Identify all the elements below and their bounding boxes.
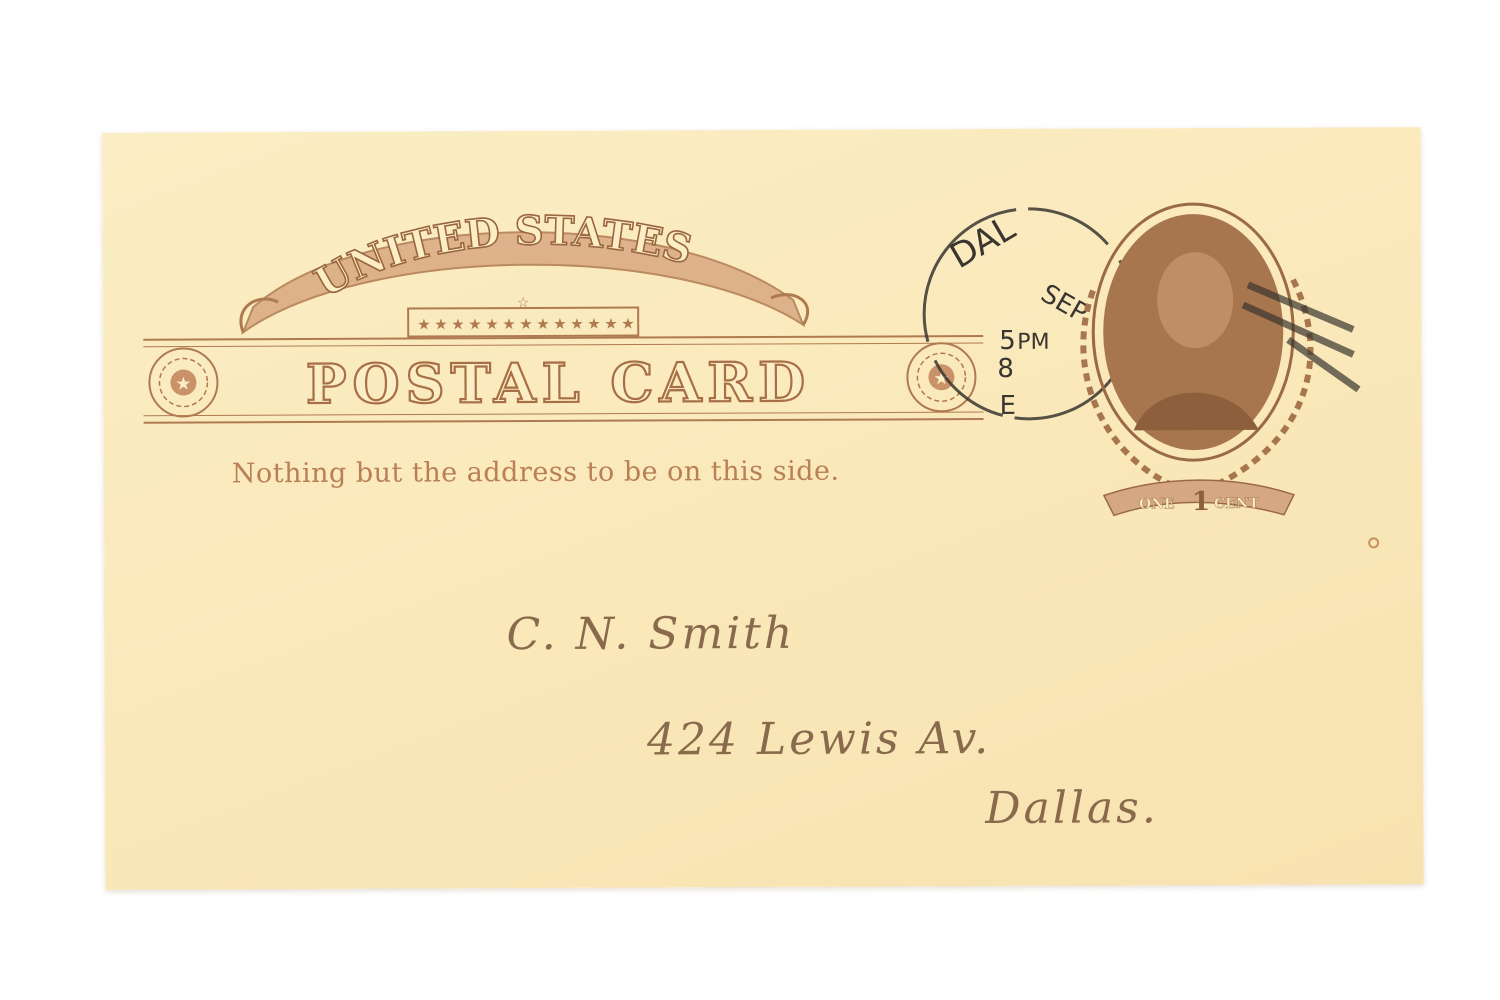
postal-card-header-engraving: UNITED STATES ★★★★★★★★★★★★★ ☆ ★ ★ POSTAL… xyxy=(102,129,1003,453)
address-recipient-name: C. N. Smith xyxy=(506,608,795,660)
svg-text:★: ★ xyxy=(553,315,567,333)
svg-text:★: ★ xyxy=(468,315,482,333)
left-rosette-star-icon: ★ xyxy=(149,348,217,416)
svg-text:★: ★ xyxy=(175,373,191,394)
postmark-city: DAL xyxy=(943,208,1022,277)
svg-text:★: ★ xyxy=(604,315,618,333)
postmark-time: PM xyxy=(1017,330,1049,355)
postmark-state: E xyxy=(999,391,1016,421)
address-street: 424 Lewis Av. xyxy=(647,713,991,766)
stamp-denomination-value: 1 xyxy=(1192,487,1210,517)
paper-speck xyxy=(1368,537,1379,548)
svg-text:★: ★ xyxy=(502,315,516,333)
postmark-year: 8 xyxy=(997,354,1014,384)
postmark-day: 5 xyxy=(999,326,1016,356)
svg-text:★: ★ xyxy=(570,315,584,333)
svg-text:★: ★ xyxy=(621,315,635,333)
svg-text:★: ★ xyxy=(451,315,465,333)
svg-text:★: ★ xyxy=(417,315,431,333)
stamp-denomination-left: ONE xyxy=(1139,496,1175,512)
address-city: Dallas. xyxy=(985,782,1159,834)
svg-text:★: ★ xyxy=(519,315,533,333)
address-side-instruction: Nothing but the address to be on this si… xyxy=(232,456,840,490)
one-cent-stamp-jefferson-portrait: ONE 1 CENT xyxy=(1073,189,1364,530)
svg-text:★: ★ xyxy=(587,315,601,333)
svg-text:★: ★ xyxy=(434,315,448,333)
svg-text:★: ★ xyxy=(485,315,499,333)
header-postal-card: POSTAL CARD xyxy=(306,350,811,416)
postal-card: UNITED STATES ★★★★★★★★★★★★★ ☆ ★ ★ POSTAL… xyxy=(102,127,1423,890)
stamp-denomination-right: CENT xyxy=(1214,496,1260,512)
svg-text:★: ★ xyxy=(536,315,550,333)
svg-text:☆: ☆ xyxy=(517,295,530,311)
